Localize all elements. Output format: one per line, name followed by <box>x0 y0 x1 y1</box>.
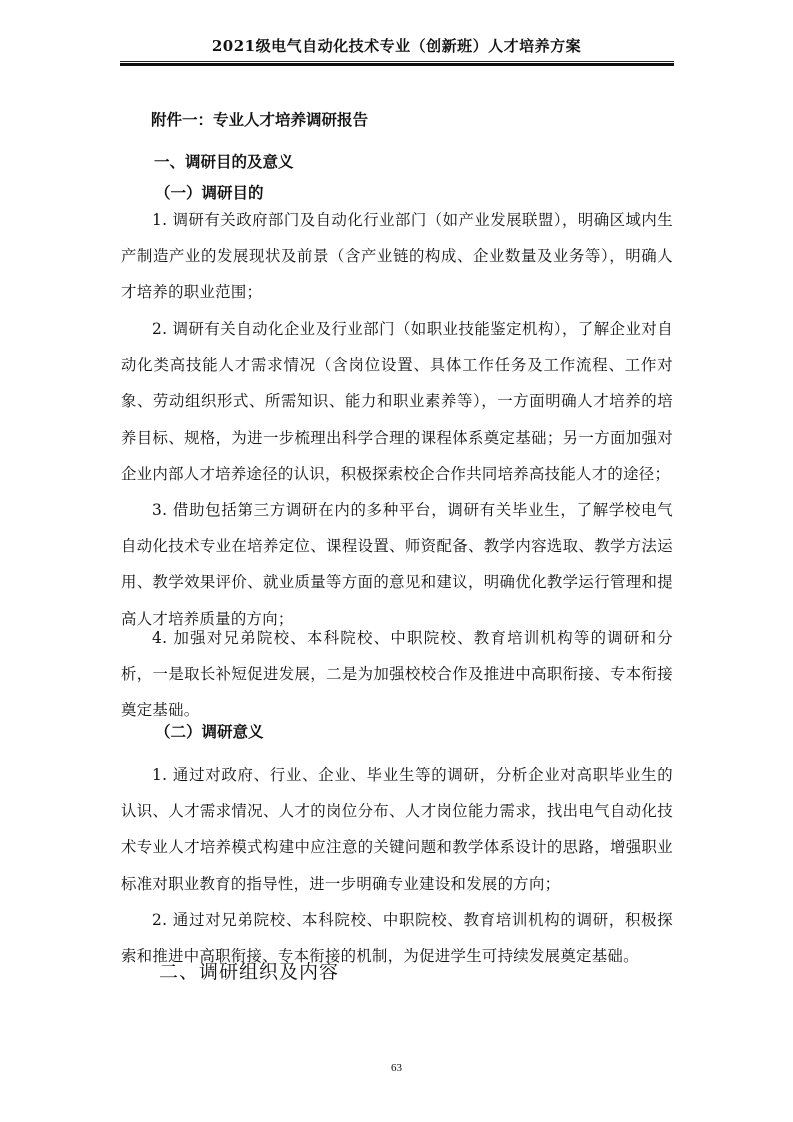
subsection-heading-purpose: （一）调研目的 <box>155 181 264 203</box>
page-number: 63 <box>0 1062 793 1074</box>
header-title: 2021级电气自动化技术专业（创新班）人才培养方案 <box>0 35 793 56</box>
paragraph-purpose-2: 2. 调研有关自动化企业及行业部门（如职业技能鉴定机构），了解企业对自动化类高技… <box>121 311 673 492</box>
header-rule-thin <box>120 61 674 62</box>
header-rule-thick <box>120 63 674 66</box>
paragraph-purpose-4: 4. 加强对兄弟院校、本科院校、中职院校、教育培训机构等的调研和分析，一是取长补… <box>121 620 673 729</box>
section-heading-2: 二、调研组织及内容 <box>159 957 339 984</box>
annex-title: 附件一：专业人才培养调研报告 <box>151 108 368 130</box>
paragraph-purpose-1: 1. 调研有关政府部门及自动化行业部门（如产业发展联盟），明确区域内生产制造产业… <box>121 202 673 311</box>
section-heading-1: 一、调研目的及意义 <box>154 150 294 172</box>
subsection-heading-significance: （二）调研意义 <box>155 720 264 742</box>
paragraph-purpose-3: 3. 借助包括第三方调研在内的多种平台，调研有关毕业生，了解学校电气自动化技术专… <box>121 492 673 637</box>
paragraph-significance-1: 1. 通过对政府、行业、企业、毕业生等的调研，分析企业对高职毕业生的认识、人才需… <box>121 757 673 902</box>
